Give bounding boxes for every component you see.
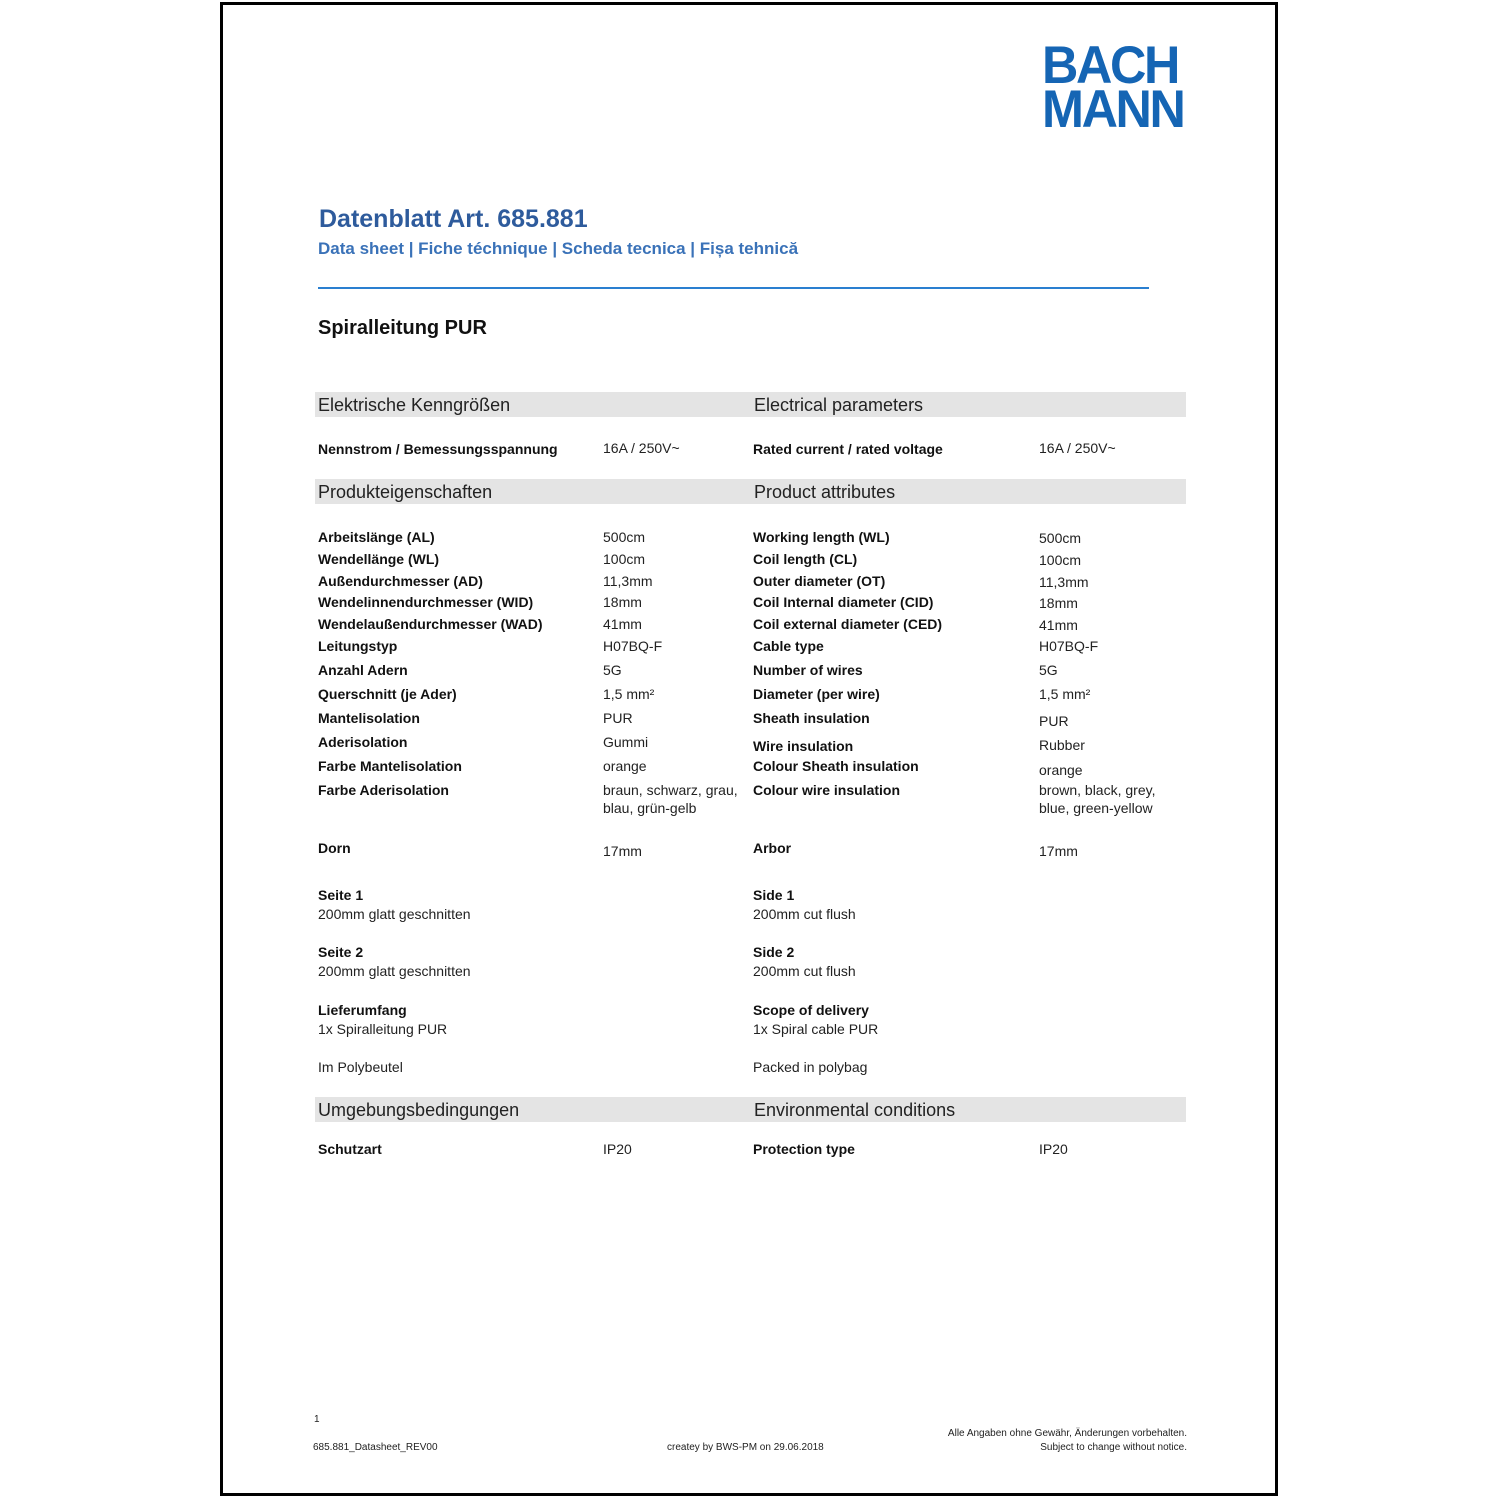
row-label-de: Arbeitslänge (AL)	[318, 529, 435, 545]
packaging-text-en: Packed in polybag	[753, 1059, 867, 1075]
section-title-de: Elektrische Kenngrößen	[318, 395, 510, 416]
row-value-en: 41mm	[1039, 617, 1078, 633]
row-value-de-cont: blau, grün-gelb	[603, 800, 696, 816]
row-label-en: Colour wire insulation	[753, 782, 900, 798]
row-label-de: Wendellänge (WL)	[318, 551, 439, 567]
row-value-de: 17mm	[603, 843, 642, 859]
row-value-de: 100cm	[603, 551, 645, 567]
row-value-en-cont: blue, green-yellow	[1039, 800, 1153, 816]
side1-label-de: Seite 1	[318, 887, 363, 903]
row-value-en: 18mm	[1039, 595, 1078, 611]
row-label-de: Aderisolation	[318, 734, 407, 750]
document-id: 685.881_Datasheet_REV00	[313, 1442, 438, 1453]
row-value-en: Rubber	[1039, 737, 1085, 753]
side1-label-en: Side 1	[753, 887, 794, 903]
row-value-en: orange	[1039, 762, 1083, 778]
row-value-en: brown, black, grey,	[1039, 782, 1155, 798]
side2-text-en: 200mm cut flush	[753, 963, 856, 979]
document-title: Datenblatt Art. 685.881	[319, 205, 588, 234]
row-label-de: Außendurchmesser (AD)	[318, 573, 483, 589]
row-label-en: Protection type	[753, 1141, 855, 1157]
row-label-de: Wendelaußendurchmesser (WAD)	[318, 616, 543, 632]
row-value-de: IP20	[603, 1141, 632, 1157]
row-value-de: braun, schwarz, grau,	[603, 782, 738, 798]
side1-text-en: 200mm cut flush	[753, 906, 856, 922]
row-label-de: Nennstrom / Bemessungsspannung	[318, 441, 558, 457]
created-info: createy by BWS-PM on 29.06.2018	[667, 1442, 824, 1453]
row-label-de: Farbe Aderisolation	[318, 782, 449, 798]
header-divider	[318, 287, 1149, 289]
row-label-de: Schutzart	[318, 1141, 382, 1157]
row-label-en: Working length (WL)	[753, 529, 890, 545]
row-label-en: Coil length (CL)	[753, 551, 857, 567]
side2-label-en: Side 2	[753, 944, 794, 960]
delivery-label-de: Lieferumfang	[318, 1002, 407, 1018]
row-label-de: Querschnitt (je Ader)	[318, 686, 457, 702]
row-label-en: Colour Sheath insulation	[753, 758, 919, 774]
row-value-de: PUR	[603, 710, 633, 726]
row-label-en: Rated current / rated voltage	[753, 441, 943, 457]
row-value-de: 500cm	[603, 529, 645, 545]
row-label-de: Leitungstyp	[318, 638, 397, 654]
page-number: 1	[314, 1414, 320, 1425]
row-label-en: Sheath insulation	[753, 710, 870, 726]
row-label-de: Wendelinnendurchmesser (WID)	[318, 594, 533, 610]
row-label-en: Wire insulation	[753, 738, 853, 754]
row-label-de: Anzahl Adern	[318, 662, 408, 678]
disclaimer-en: Subject to change without notice.	[1040, 1442, 1187, 1453]
delivery-text-en: 1x Spiral cable PUR	[753, 1021, 878, 1037]
row-label-en: Number of wires	[753, 662, 863, 678]
section-title-en: Electrical parameters	[754, 395, 923, 416]
delivery-text-de: 1x Spiralleitung PUR	[318, 1021, 447, 1037]
row-value-en: 100cm	[1039, 552, 1081, 568]
bachmann-logo: BACH MANN	[1042, 44, 1184, 132]
row-label-en: Coil Internal diameter (CID)	[753, 594, 933, 610]
section-header-electrical: Elektrische Kenngrößen Electrical parame…	[315, 392, 1186, 417]
row-value-de: 5G	[603, 662, 622, 678]
section-title-en: Product attributes	[754, 482, 895, 503]
document-subtitle: Data sheet | Fiche téchnique | Scheda te…	[318, 239, 798, 259]
row-label-de: Farbe Mantelisolation	[318, 758, 462, 774]
row-value-en: PUR	[1039, 713, 1069, 729]
logo-line-2: MANN	[1042, 88, 1184, 132]
row-value-en: 16A / 250V~	[1039, 440, 1116, 456]
row-label-en: Coil external diameter (CED)	[753, 616, 942, 632]
row-label-en: Cable type	[753, 638, 824, 654]
row-value-en: H07BQ-F	[1039, 638, 1098, 654]
row-value-de: H07BQ-F	[603, 638, 662, 654]
delivery-label-en: Scope of delivery	[753, 1002, 869, 1018]
row-label-de: Mantelisolation	[318, 710, 420, 726]
row-value-de: Gummi	[603, 734, 648, 750]
row-value-en: 1,5 mm²	[1039, 686, 1090, 702]
row-value-de: 18mm	[603, 594, 642, 610]
side2-label-de: Seite 2	[318, 944, 363, 960]
disclaimer-de: Alle Angaben ohne Gewähr, Änderungen vor…	[948, 1428, 1187, 1439]
row-value-de: 1,5 mm²	[603, 686, 654, 702]
row-value-de: 11,3mm	[603, 573, 653, 589]
row-value-en: IP20	[1039, 1141, 1068, 1157]
row-value-en: 17mm	[1039, 843, 1078, 859]
row-value-en: 11,3mm	[1039, 574, 1089, 590]
section-title-en: Environmental conditions	[754, 1100, 955, 1121]
section-title-de: Umgebungsbedingungen	[318, 1100, 519, 1121]
packaging-text-de: Im Polybeutel	[318, 1059, 403, 1075]
side1-text-de: 200mm glatt geschnitten	[318, 906, 471, 922]
side2-text-de: 200mm glatt geschnitten	[318, 963, 471, 979]
section-header-product: Produkteigenschaften Product attributes	[315, 479, 1186, 504]
row-value-de: 16A / 250V~	[603, 440, 680, 456]
section-header-environment: Umgebungsbedingungen Environmental condi…	[315, 1097, 1186, 1122]
row-label-en: Outer diameter (OT)	[753, 573, 885, 589]
row-label-en: Diameter (per wire)	[753, 686, 880, 702]
product-name: Spiralleitung PUR	[318, 317, 487, 340]
row-label-de: Dorn	[318, 840, 351, 856]
row-value-en: 5G	[1039, 662, 1058, 678]
row-value-en: 500cm	[1039, 530, 1081, 546]
row-value-de: orange	[603, 758, 647, 774]
row-label-en: Arbor	[753, 840, 791, 856]
row-value-de: 41mm	[603, 616, 642, 632]
section-title-de: Produkteigenschaften	[318, 482, 492, 503]
